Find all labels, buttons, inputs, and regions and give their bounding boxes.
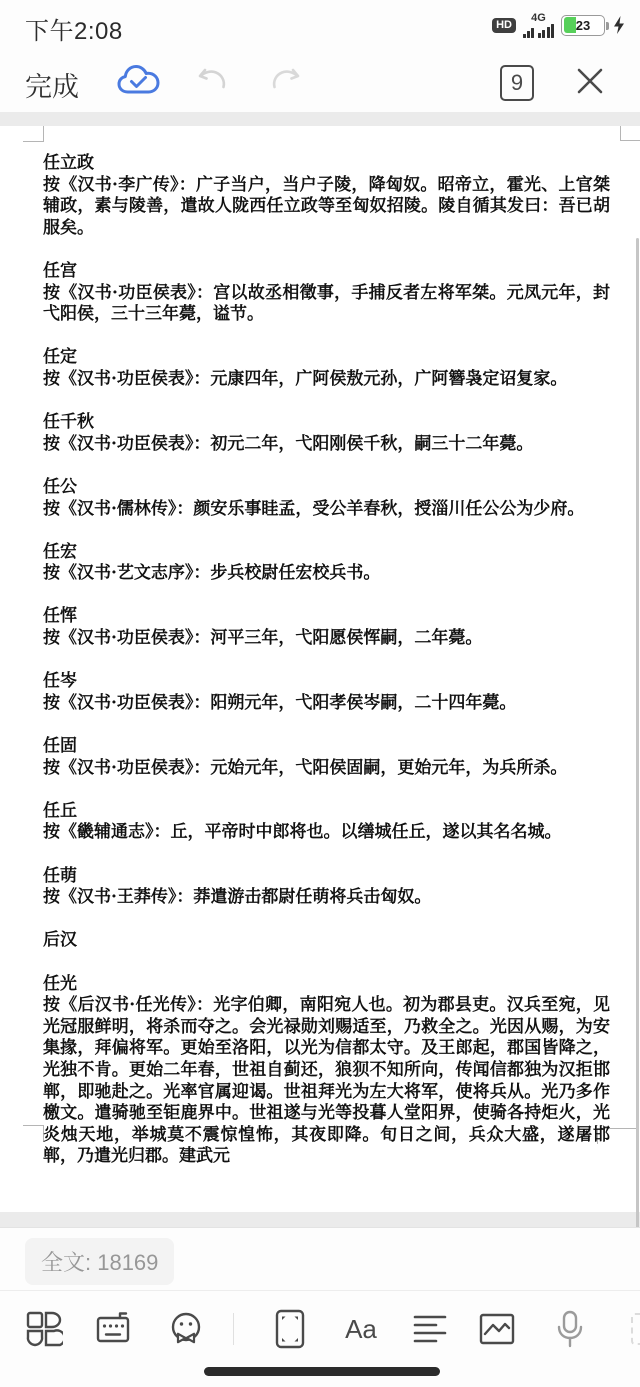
- doc-entry: 任立政按《汉书·李广传》：广子当户，当户子陵，降匈奴。昭帝立，霍光、上官桀辅政，…: [43, 153, 610, 239]
- cloud-sync-button[interactable]: [116, 57, 164, 105]
- doc-entry: 任定按《汉书·功臣侯表》：元康四年，广阿侯敖元孙，广阿簪袅定诏复家。: [43, 347, 610, 390]
- emoji-button[interactable]: [162, 1305, 210, 1353]
- close-icon: [573, 64, 607, 98]
- hd-volte-icon: HD: [492, 18, 516, 33]
- entry-paragraph: 按《汉书·功臣侯表》：元康四年，广阿侯敖元孙，广阿簪袅定诏复家。: [43, 369, 610, 391]
- battery-fill: [564, 17, 577, 33]
- edit-toolbar: 完成 9: [0, 50, 640, 112]
- entry-paragraph: 按《汉书·功臣侯表》：初元二年，弋阳刚侯千秋，嗣三十二年薨。: [43, 434, 610, 456]
- entry-heading: 任宏: [43, 542, 610, 564]
- doc-entry: 任丘按《畿辅通志》：丘，平帝时中郎将也。以缮城任丘，遂以其名名城。: [43, 801, 610, 844]
- status-time: 下午2:08: [25, 11, 123, 46]
- redo-icon: [268, 66, 302, 96]
- page-indicator-button[interactable]: 9: [500, 65, 534, 101]
- entry-paragraph: 按《后汉书·任光传》：光字伯卿，南阳宛人也。初为郡县吏。汉兵至宛，见光冠服鲜明，…: [43, 995, 610, 1168]
- close-button[interactable]: [566, 57, 614, 105]
- entry-heading: 后汉: [43, 930, 610, 952]
- keyboard-icon: [93, 1309, 133, 1349]
- entry-heading: 任立政: [43, 153, 610, 175]
- doc-entry: 任千秋按《汉书·功臣侯表》：初元二年，弋阳刚侯千秋，嗣三十二年薨。: [43, 412, 610, 455]
- signal-bars-sim1-icon: [538, 24, 555, 38]
- battery-percent: 23: [576, 18, 590, 33]
- doc-entry: 任宫按《汉书·功臣侯表》：宫以故丞相徵事，手捕反者左将军桀。元凤元年，封弋阳侯，…: [43, 261, 610, 326]
- cloud-check-icon: [117, 63, 163, 99]
- fit-screen-button[interactable]: [266, 1305, 314, 1353]
- entry-paragraph: 按《汉书·功臣侯表》：宫以故丞相徵事，手捕反者左将军桀。元凤元年，封弋阳侯，三十…: [43, 283, 610, 326]
- entry-heading: 任光: [43, 974, 610, 996]
- entry-heading: 任岑: [43, 671, 610, 693]
- entry-heading: 任定: [43, 347, 610, 369]
- doc-entry: 任固按《汉书·功臣侯表》：元始元年，弋阳侯固嗣，更始元年，为兵所杀。: [43, 736, 610, 779]
- gesture-bar[interactable]: [204, 1367, 440, 1376]
- fit-screen-icon: [273, 1308, 307, 1350]
- doc-entry: 任光按《后汉书·任光传》：光字伯卿，南阳宛人也。初为郡县吏。汉兵至宛，见光冠服鲜…: [43, 974, 610, 1168]
- undo-button[interactable]: [189, 57, 237, 105]
- emoji-bowtie-icon: [166, 1309, 206, 1349]
- font-format-button[interactable]: Aa: [337, 1305, 385, 1353]
- document-page[interactable]: 任立政按《汉书·李广传》：广子当户，当户子陵，降匈奴。昭帝立，霍光、上官桀辅政，…: [0, 126, 640, 1212]
- paragraph-align-button[interactable]: [406, 1305, 454, 1353]
- image-icon: [478, 1312, 516, 1346]
- more-tools-partial-icon[interactable]: [631, 1313, 640, 1345]
- corner-mark-top-left: [43, 126, 44, 141]
- status-bar: 下午2:08 HD 4G 23: [0, 0, 640, 50]
- align-lines-icon: [412, 1313, 448, 1345]
- doc-entry: 任萌按《汉书·王莽传》：莽遣游击都尉任萌将兵击匈奴。: [43, 866, 610, 909]
- toolbar-divider: [233, 1313, 234, 1345]
- done-button[interactable]: 完成: [25, 65, 79, 104]
- charging-bolt-icon: [612, 15, 626, 35]
- entry-heading: 任恽: [43, 606, 610, 628]
- microphone-icon: [555, 1309, 585, 1349]
- font-format-icon: Aa: [345, 1314, 377, 1345]
- doc-entry: 任宏按《汉书·艺文志序》：步兵校尉任宏校兵书。: [43, 542, 610, 585]
- tools-grid-icon: [25, 1310, 63, 1348]
- entry-heading: 任宫: [43, 261, 610, 283]
- network-type-label: 4G: [531, 13, 546, 24]
- entry-heading: 任固: [43, 736, 610, 758]
- voice-input-button[interactable]: [546, 1305, 594, 1353]
- tools-grid-button[interactable]: [20, 1305, 68, 1353]
- word-count-badge: 全文: 18169: [25, 1238, 174, 1285]
- redo-button[interactable]: [261, 57, 309, 105]
- entry-paragraph: 按《汉书·儒林传》：颜安乐事眭孟，受公羊春秋，授淄川任公公为少府。: [43, 499, 610, 521]
- entry-paragraph: 按《汉书·王莽传》：莽遣游击都尉任萌将兵击匈奴。: [43, 887, 610, 909]
- signal-icon: 4G: [523, 13, 554, 38]
- corner-mark-top-right: [620, 126, 621, 140]
- word-count-row: 全文: 18169: [0, 1227, 640, 1290]
- screen: 下午2:08 HD 4G 23: [0, 0, 640, 1387]
- doc-entry: 任恽按《汉书·功臣侯表》：河平三年，弋阳愿侯恽嗣，二年薨。: [43, 606, 610, 649]
- document-area: 任立政按《汉书·李广传》：广子当户，当户子陵，降匈奴。昭帝立，霍光、上官桀辅政，…: [0, 112, 640, 1227]
- scrollbar[interactable]: [636, 238, 639, 1322]
- signal-bars-sim2-icon: [523, 24, 534, 38]
- entry-paragraph: 按《汉书·李广传》：广子当户，当户子陵，降匈奴。昭帝立，霍光、上官桀辅政，素与陵…: [43, 175, 610, 240]
- battery-icon: 23: [561, 15, 605, 36]
- entry-heading: 任萌: [43, 866, 610, 888]
- keyboard-button[interactable]: [89, 1305, 137, 1353]
- doc-entry: 后汉: [43, 930, 610, 952]
- document-text: 任立政按《汉书·李广传》：广子当户，当户子陵，降匈奴。昭帝立，霍光、上官桀辅政，…: [43, 153, 610, 1190]
- doc-entry: 任公按《汉书·儒林传》：颜安乐事眭孟，受公羊春秋，授淄川任公公为少府。: [43, 477, 610, 520]
- bottom-toolbar: Aa: [0, 1290, 640, 1362]
- entry-paragraph: 按《汉书·功臣侯表》：阳朔元年，弋阳孝侯岑嗣，二十四年薨。: [43, 693, 610, 715]
- entry-paragraph: 按《汉书·功臣侯表》：元始元年，弋阳侯固嗣，更始元年，为兵所杀。: [43, 758, 610, 780]
- entry-heading: 任丘: [43, 801, 610, 823]
- entry-paragraph: 按《汉书·艺文志序》：步兵校尉任宏校兵书。: [43, 563, 610, 585]
- insert-image-button[interactable]: [473, 1305, 521, 1353]
- entry-paragraph: 按《汉书·功臣侯表》：河平三年，弋阳愿侯恽嗣，二年薨。: [43, 628, 610, 650]
- entry-paragraph: 按《畿辅通志》：丘，平帝时中郎将也。以缮城任丘，遂以其名名城。: [43, 822, 610, 844]
- entry-heading: 任千秋: [43, 412, 610, 434]
- entry-heading: 任公: [43, 477, 610, 499]
- undo-icon: [196, 66, 230, 96]
- doc-entry: 任岑按《汉书·功臣侯表》：阳朔元年，弋阳孝侯岑嗣，二十四年薨。: [43, 671, 610, 714]
